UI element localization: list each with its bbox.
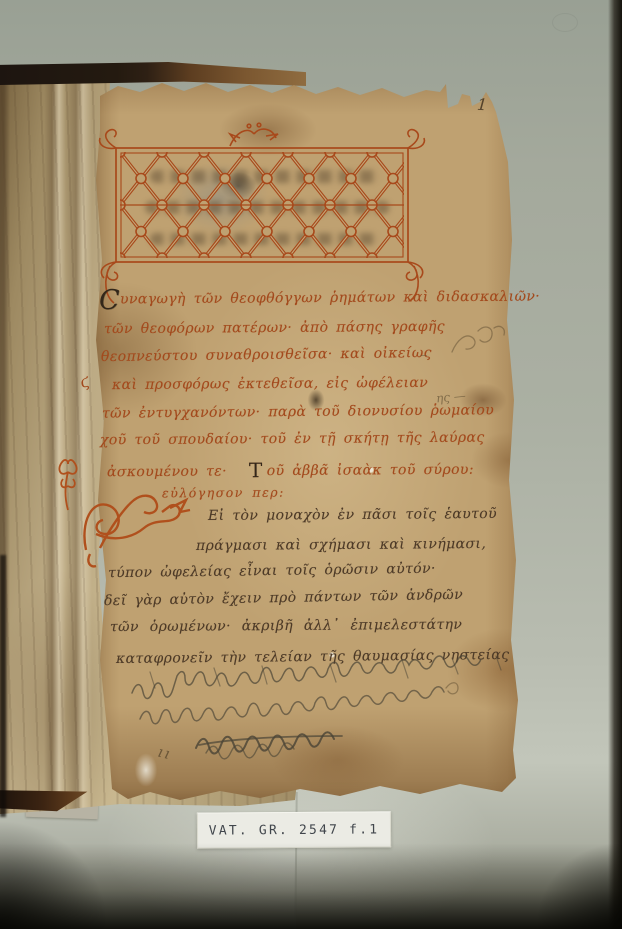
margin-dash-mark: ‒: [420, 348, 428, 362]
folio-number: 1: [476, 95, 487, 115]
caption-text: VAT. GR. 2547 f.1: [209, 822, 380, 838]
photo-background: Ϲ υναγωγὴ τῶν θεοφθόγγων ῥημάτων καὶ διδ…: [0, 0, 622, 929]
photo-vignette-corner-left: [0, 769, 200, 929]
photo-vignette-corner-right: [462, 789, 622, 929]
